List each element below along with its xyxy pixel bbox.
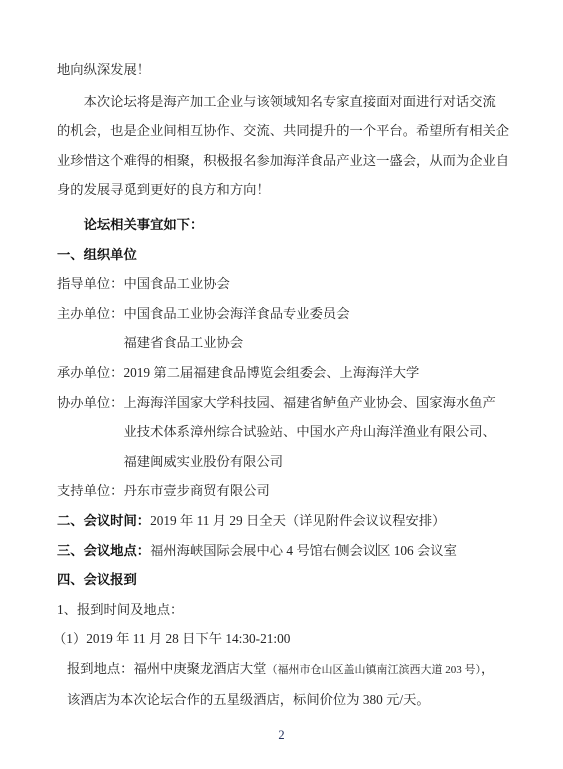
org-value-line: 业技术体系漳州综合试验站、中国水产舟山海洋渔业有限公司、 [123,417,495,447]
checkin-address-main: 报到地点：福州中庚聚龙酒店大堂 [67,661,266,676]
org-value-line: 上海海洋国家大学科技园、福建省鲈鱼产业协会、国家海水鱼产 [123,388,495,418]
hotel-note-line: 该酒店为本次论坛合作的五星级酒店，标间价位为 380 元/天。 [57,685,513,715]
intro-paragraph-line: 的机会，也是企业间相互协作、交流、共同提升的一个平台。希望所有相关企 [57,116,513,146]
org-row-undertaker: 承办单位： 2019 第二届福建食品博览会组委会、上海海洋大学 [57,358,513,388]
checkin-address-tail: ， [481,661,494,676]
org-row-coorganizer: 协办单位： 上海海洋国家大学科技园、福建省鲈鱼产业协会、国家海水鱼产 业技术体系… [57,388,513,477]
document-content: 地向纵深发展！ 本次论坛将是海产加工企业与该领域知名专家直接面对面进行对话交流 … [0,0,563,715]
section-meeting-time: 二、会议时间：2019 年 11 月 29 日全天（详见附件会议议程安排） [57,506,513,536]
section-heading-time: 二、会议时间： [57,513,150,528]
org-row-values: 中国食品工业协会 [123,269,229,299]
page-footer: 2 [0,728,563,743]
org-row-label: 主办单位： [57,299,123,358]
org-row-label: 承办单位： [57,358,123,388]
org-row-supporter: 支持单位： 丹东市壹步商贸有限公司 [57,476,513,506]
org-row-label: 协办单位： [57,388,123,477]
org-value-line: 中国食品工业协会海洋食品专业委员会 [123,299,349,329]
org-row-values: 上海海洋国家大学科技园、福建省鲈鱼产业协会、国家海水鱼产 业技术体系漳州综合试验… [123,388,495,477]
org-row-label: 支持单位： [57,476,123,506]
section-heading-venue: 三、会议地点： [57,543,150,558]
notice-line: 论坛相关事宜如下： [57,210,513,240]
intro-paragraph-line: 身的发展寻觅到更好的良方和方向！ [57,175,513,205]
org-value-line: 2019 第二届福建食品博览会组委会、上海海洋大学 [123,358,419,388]
org-value-line: 中国食品工业协会 [123,269,229,299]
section-heading-organizers: 一、组织单位 [57,240,513,270]
org-value-line: 福建省食品工业协会 [123,328,349,358]
paragraph-continuation: 地向纵深发展！ [57,55,513,85]
venue-value-after-cursor: 区 106 会议室 [377,543,457,558]
checkin-slot-line: （1）2019 年 11 月 28 日下午 14:30-21:00 [53,624,513,654]
section-heading-checkin: 四、会议报到 [57,565,513,595]
org-row-values: 2019 第二届福建食品博览会组委会、上海海洋大学 [123,358,419,388]
org-value-line: 福建闽威实业股份有限公司 [123,447,495,477]
page-number: 2 [278,728,284,742]
org-row-label: 指导单位： [57,269,123,299]
intro-paragraph-line: 本次论坛将是海产加工企业与该领域知名专家直接面对面进行对话交流 [57,87,513,117]
checkin-item-title: 1、报到时间及地点： [57,595,513,625]
intro-paragraph-line: 业珍惜这个难得的相聚，积极报名参加海洋食品产业这一盛会，从而为企业自 [57,146,513,176]
meeting-time-value: 2019 年 11 月 29 日全天（详见附件会议议程安排） [150,513,445,528]
org-row-guidance: 指导单位： 中国食品工业协会 [57,269,513,299]
venue-value-before-cursor: 福州海峡国际会展中心 4 号馆右侧会议 [150,543,376,558]
org-row-values: 丹东市壹步商贸有限公司 [123,476,269,506]
checkin-address-line: 报到地点：福州中庚聚龙酒店大堂（福州市仓山区盖山镇南江滨西大道 203 号）， [57,654,513,686]
section-meeting-venue: 三、会议地点：福州海峡国际会展中心 4 号馆右侧会议区 106 会议室 [57,536,513,566]
document-page: 地向纵深发展！ 本次论坛将是海产加工企业与该领域知名专家直接面对面进行对话交流 … [0,0,563,769]
org-row-values: 中国食品工业协会海洋食品专业委员会 福建省食品工业协会 [123,299,349,358]
org-value-line: 丹东市壹步商贸有限公司 [123,476,269,506]
checkin-address-detail: （福州市仓山区盖山镇南江滨西大道 203 号） [266,664,481,676]
org-row-host: 主办单位： 中国食品工业协会海洋食品专业委员会 福建省食品工业协会 [57,299,513,358]
